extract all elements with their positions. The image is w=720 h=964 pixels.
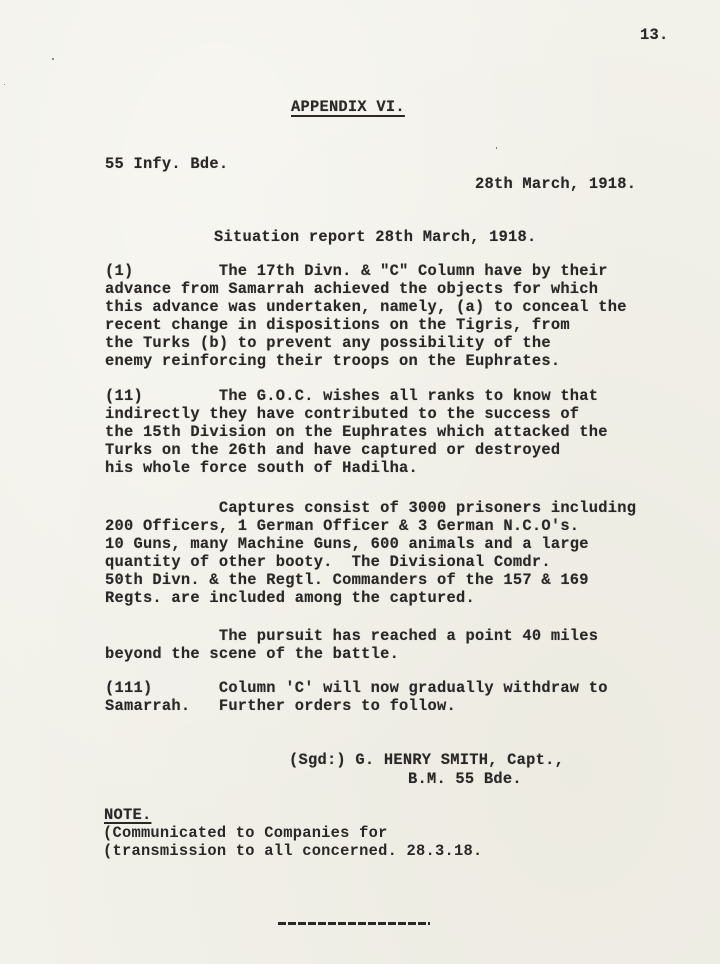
paragraph-line: 50th Divn. & the Regtl. Commanders of th…	[105, 571, 636, 589]
paragraph-line: quantity of other booty. The Divisional …	[105, 553, 636, 571]
unit-header: 55 Infy. Bde.	[105, 155, 228, 173]
report-subject: Situation report 28th March, 1918.	[214, 228, 537, 246]
signature-title: B.M. 55 Bde.	[408, 770, 522, 788]
note-line: (transmission to all concerned. 28.3.18.	[103, 842, 482, 860]
paper-speck	[496, 147, 497, 149]
paragraph-line: his whole force south of Hadilha.	[105, 459, 608, 477]
paragraph-3: (111) Column 'C' will now gradually with…	[105, 679, 608, 715]
note-label: NOTE.	[104, 806, 151, 824]
paragraph-line: Samarrah. Further orders to follow.	[105, 697, 608, 715]
paragraph-line: The pursuit has reached a point 40 miles	[105, 627, 598, 645]
paragraph-line: indirectly they have contributed to the …	[105, 405, 608, 423]
paragraph-line: recent change in dispositions on the Tig…	[105, 316, 627, 334]
paragraph-line: this advance was undertaken, namely, (a)…	[105, 298, 627, 316]
paragraph-line: 10 Guns, many Machine Guns, 600 animals …	[105, 535, 636, 553]
paragraph-line: the Turks (b) to prevent any possibility…	[105, 334, 627, 352]
paragraph-captures: Captures consist of 3000 prisoners inclu…	[105, 499, 636, 607]
paragraph-line: Captures consist of 3000 prisoners inclu…	[105, 499, 636, 517]
paragraph-line: the 15th Division on the Euphrates which…	[105, 423, 608, 441]
paragraph-1: (1) The 17th Divn. & "C" Column have by …	[105, 262, 627, 370]
paragraph-line: Turks on the 26th and have captured or d…	[105, 441, 608, 459]
paragraph-line: (111) Column 'C' will now gradually with…	[105, 679, 608, 697]
end-divider	[278, 922, 430, 925]
document-date: 28th March, 1918.	[475, 175, 636, 193]
note-line: (Communicated to Companies for	[103, 824, 482, 842]
signature-name: (Sgd:) G. HENRY SMITH, Capt.,	[289, 751, 564, 769]
paragraph-line: (1) The 17th Divn. & "C" Column have by …	[105, 262, 627, 280]
note-body: (Communicated to Companies for (transmis…	[103, 824, 482, 860]
paper-speck	[52, 58, 54, 60]
paragraph-line: (11) The G.O.C. wishes all ranks to know…	[105, 387, 608, 405]
paragraph-line: Regts. are included among the captured.	[105, 589, 636, 607]
typewritten-page: 13. APPENDIX VI. 55 Infy. Bde. 28th Marc…	[0, 0, 720, 964]
paragraph-2: (11) The G.O.C. wishes all ranks to know…	[105, 387, 608, 477]
paper-speck	[4, 84, 5, 85]
paragraph-pursuit: The pursuit has reached a point 40 miles…	[105, 627, 598, 663]
paragraph-line: advance from Samarrah achieved the objec…	[105, 280, 627, 298]
paragraph-line: 200 Officers, 1 German Officer & 3 Germa…	[105, 517, 636, 535]
appendix-title: APPENDIX VI.	[291, 98, 405, 116]
paragraph-line: enemy reinforcing their troops on the Eu…	[105, 352, 627, 370]
paragraph-line: beyond the scene of the battle.	[105, 645, 598, 663]
page-number: 13.	[640, 26, 668, 44]
